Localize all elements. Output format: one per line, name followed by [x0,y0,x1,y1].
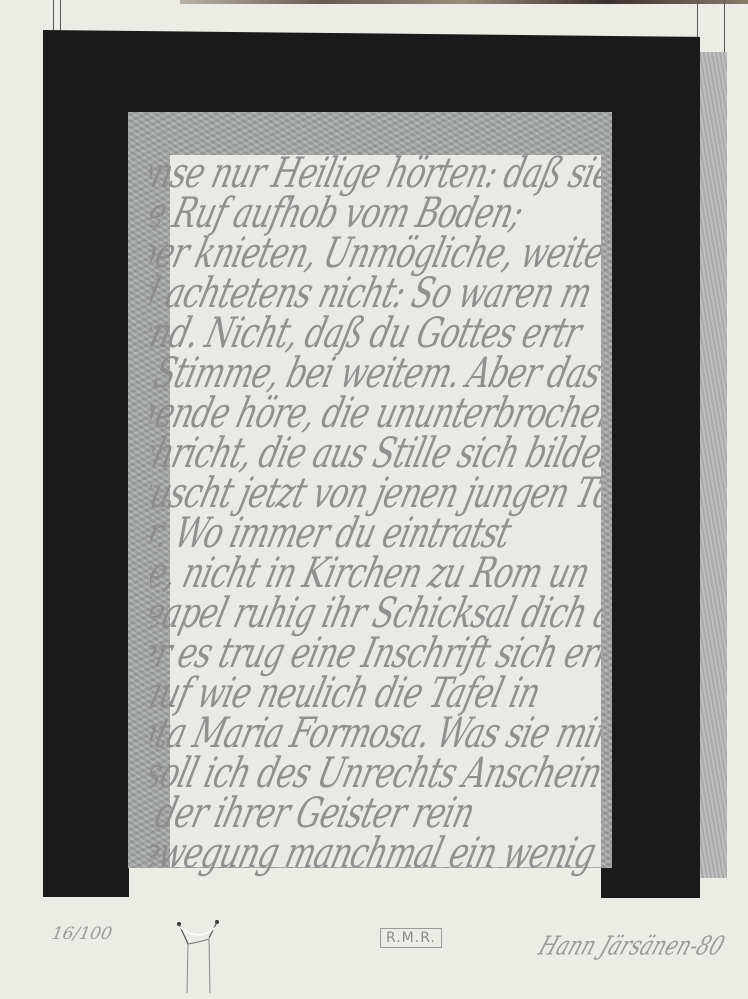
right-gray-strip [700,52,727,878]
registration-line-left-1 [53,0,54,31]
edition-number: 16/100 [50,924,113,944]
registration-line-left-2 [60,0,61,31]
registration-line-right-1 [697,0,698,38]
black-frame-right [601,40,700,898]
artist-signature: Hann Järsänen-80 [535,930,729,961]
black-frame-left [43,40,129,897]
chair-sketch-icon [170,915,226,997]
top-edge-strip [180,0,748,4]
registration-line-right-2 [724,0,725,52]
handwriting-text-area: sonse nur Heilige hörten: daß sie a ige … [150,149,601,894]
stamp-rmr: R.M.R. [380,928,442,948]
handwriting-line: Bewegung manchmal ein wenig [150,829,596,878]
handwriting-panel: sonse nur Heilige hörten: daß sie a ige … [170,155,601,895]
